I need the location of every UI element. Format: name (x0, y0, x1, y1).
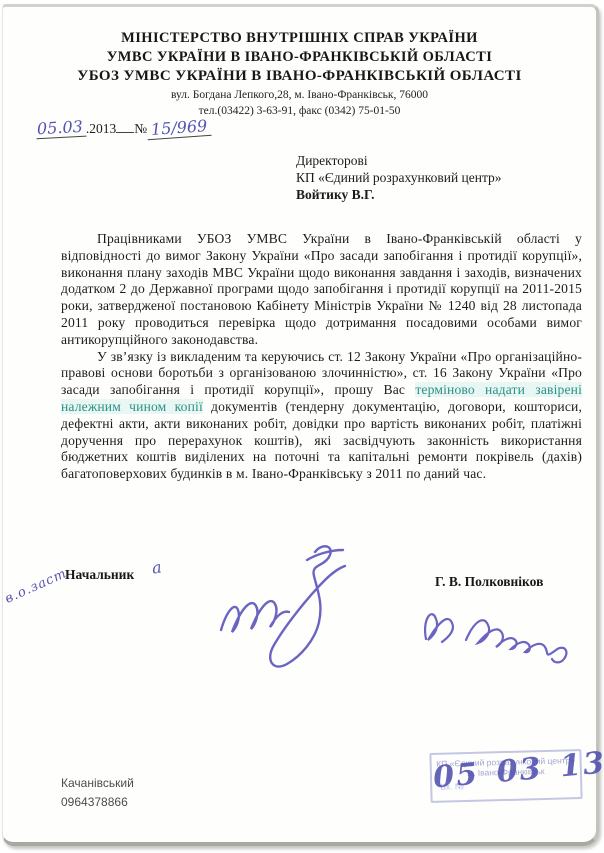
handwritten-note-acting-deputy: в.о.заст (3, 566, 69, 607)
letter-body: Працівниками УБОЗ УМВС України в Івано-Ф… (61, 231, 582, 483)
letterhead-line-1: МІНІСТЕРСТВО ВНУТРІШНІХ СПРАВ УКРАЇНИ (3, 29, 596, 48)
stamp-date-day: 05 (432, 757, 481, 796)
letterhead-phone: тел.(03422) 3-63-91, факс (0342) 75-01-5… (3, 105, 596, 118)
recipient-title: Директорові (296, 152, 502, 169)
letterhead-line-2: УМВС УКРАЇНИ В ІВАНО-ФРАНКІВСЬКІЙ ОБЛАСТ… (3, 48, 596, 67)
document-page: МІНІСТЕРСТВО ВНУТРІШНІХ СПРАВ УКРАЇНИ УМ… (2, 4, 599, 846)
signer-name: Г. В. Полковніков (435, 574, 543, 590)
recipient-block: Директорові КП «Єдиний розрахунковий цен… (296, 152, 502, 204)
signature-right (416, 595, 581, 665)
handwritten-number: 15/969 (146, 116, 212, 140)
stamp-date-year: 13 (559, 746, 604, 785)
signer-title: Начальник (65, 567, 134, 583)
reference-line: 05.03.2013№15/969 (36, 118, 211, 138)
handwritten-title-suffix: а (151, 557, 163, 577)
stamp-date-month: 03 (495, 751, 544, 790)
paragraph-2: У зв’язку із викладеним та керуючись ст.… (61, 349, 582, 483)
blank-line (116, 132, 134, 133)
letterhead-line-3: УБОЗ УМВС УКРАЇНИ В ІВАНО-ФРАНКІВСЬКІЙ О… (3, 67, 596, 86)
letterhead: МІНІСТЕРСТВО ВНУТРІШНІХ СПРАВ УКРАЇНИ УМ… (3, 29, 596, 118)
printed-year: .2013 (86, 121, 116, 136)
executor-phone: 0964378866 (61, 793, 134, 812)
recipient-name: Войтику В.Г. (296, 186, 502, 203)
letterhead-address: вул. Богдана Лепкого,28, м. Івано-Франкі… (3, 89, 596, 102)
executor-contact: Качанівський 0964378866 (61, 774, 134, 811)
recipient-organization: КП «Єдиний розрахунковий центр» (296, 169, 502, 186)
signature-center (211, 540, 356, 680)
handwritten-date: 05.03 (36, 117, 87, 140)
number-sign: № (134, 121, 147, 136)
scanned-letter: МІНІСТЕРСТВО ВНУТРІШНІХ СПРАВ УКРАЇНИ УМ… (0, 0, 604, 853)
paragraph-1: Працівниками УБОЗ УМВС України в Івано-Ф… (61, 231, 582, 349)
executor-name: Качанівський (61, 774, 134, 793)
